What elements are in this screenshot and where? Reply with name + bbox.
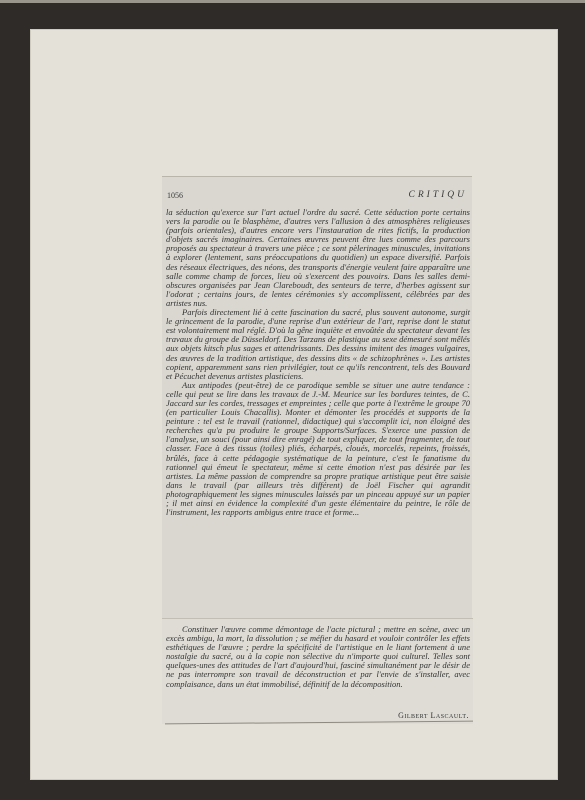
article-body: la séduction qu'exerce sur l'art actuel … bbox=[166, 208, 470, 517]
frame-edge bbox=[0, 0, 585, 3]
author-signature: Gilbert Lascault. bbox=[398, 711, 469, 720]
journal-title: CRITIQU bbox=[409, 190, 467, 200]
paragraph: la séduction qu'exerce sur l'art actuel … bbox=[166, 208, 470, 308]
page-number: 1056 bbox=[167, 191, 183, 200]
paragraph: Parfois directement lié à cette fascinat… bbox=[166, 308, 470, 381]
paragraph: Constituer l'œuvre comme démontage de l'… bbox=[166, 625, 470, 689]
running-head: 1056 CRITIQU bbox=[167, 191, 467, 203]
paragraph: Aux antipodes (peut-être) de ce parodiqu… bbox=[166, 381, 470, 517]
conclusion: Constituer l'œuvre comme démontage de l'… bbox=[166, 625, 470, 689]
